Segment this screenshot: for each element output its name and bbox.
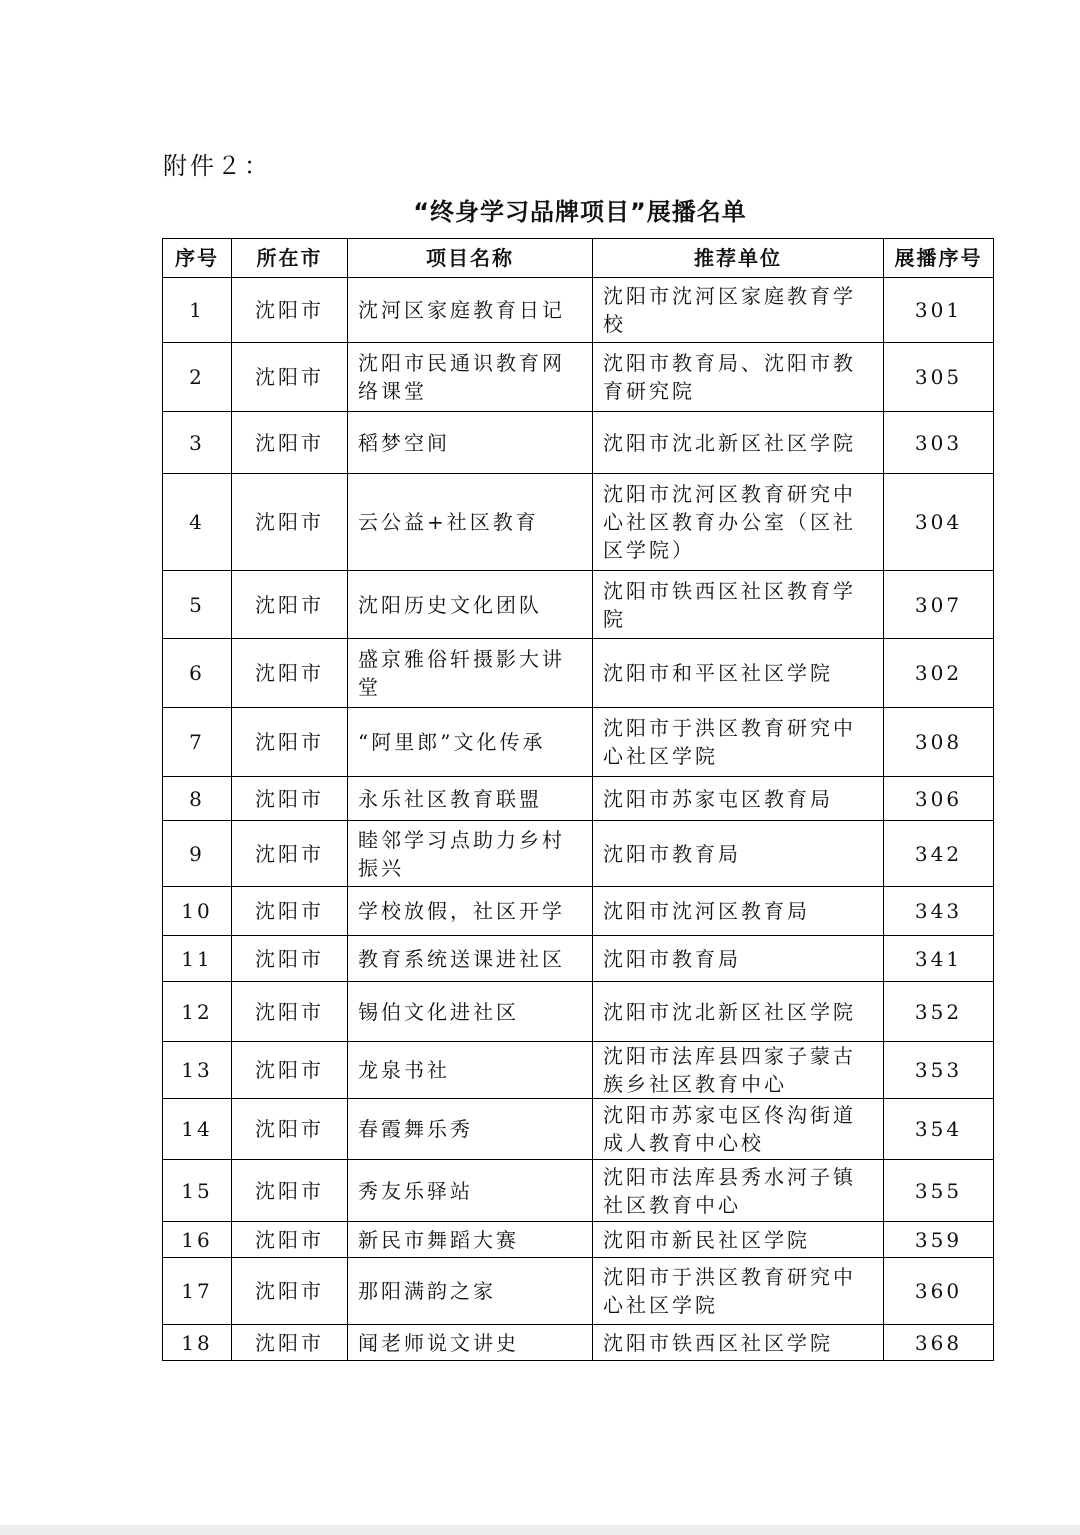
row-city: 沈阳市 [232,571,348,639]
row-broadcast-order: 303 [884,412,994,474]
header-recommending-unit: 推荐单位 [593,239,884,278]
row-project-name: 闻老师说文讲史 [348,1325,593,1361]
row-project-name: 沈阳市民通识教育网络课堂 [348,343,593,412]
row-broadcast-order: 359 [884,1222,994,1258]
row-project-name: 学校放假，社区开学 [348,887,593,936]
row-city: 沈阳市 [232,278,348,343]
row-project-name: 沈河区家庭教育日记 [348,278,593,343]
row-no: 6 [163,639,232,708]
row-city: 沈阳市 [232,821,348,887]
row-broadcast-order: 304 [884,474,994,571]
row-no: 7 [163,708,232,777]
table-row: 1沈阳市沈河区家庭教育日记沈阳市沈河区家庭教育学校301 [163,278,994,343]
table-row: 16沈阳市新民市舞蹈大赛沈阳市新民社区学院359 [163,1222,994,1258]
row-broadcast-order: 354 [884,1099,994,1160]
table-row: 10沈阳市学校放假，社区开学沈阳市沈河区教育局343 [163,887,994,936]
table-row: 7沈阳市“阿里郎”文化传承沈阳市于洪区教育研究中心社区学院308 [163,708,994,777]
row-city: 沈阳市 [232,708,348,777]
row-city: 沈阳市 [232,982,348,1042]
table-row: 15沈阳市秀友乐驿站沈阳市法库县秀水河子镇社区教育中心355 [163,1160,994,1222]
row-broadcast-order: 343 [884,887,994,936]
row-city: 沈阳市 [232,412,348,474]
table-row: 5沈阳市沈阳历史文化团队沈阳市铁西区社区教育学院307 [163,571,994,639]
row-broadcast-order: 305 [884,343,994,412]
row-no: 14 [163,1099,232,1160]
row-no: 2 [163,343,232,412]
table-row: 4沈阳市云公益+社区教育沈阳市沈河区教育研究中心社区教育办公室（区社区学院）30… [163,474,994,571]
row-recommending-unit: 沈阳市铁西区社区学院 [593,1325,884,1361]
row-recommending-unit: 沈阳市苏家屯区佟沟街道成人教育中心校 [593,1099,884,1160]
row-project-name: 盛京雅俗轩摄影大讲堂 [348,639,593,708]
table-row: 12沈阳市锡伯文化进社区沈阳市沈北新区社区学院352 [163,982,994,1042]
row-broadcast-order: 307 [884,571,994,639]
row-project-name: 教育系统送课进社区 [348,936,593,982]
row-project-name: 那阳满韵之家 [348,1258,593,1325]
row-no: 4 [163,474,232,571]
row-recommending-unit: 沈阳市于洪区教育研究中心社区学院 [593,708,884,777]
header-broadcast-order: 展播序号 [884,239,994,278]
row-no: 3 [163,412,232,474]
row-recommending-unit: 沈阳市苏家屯区教育局 [593,777,884,821]
row-project-name: 睦邻学习点助力乡村振兴 [348,821,593,887]
row-broadcast-order: 360 [884,1258,994,1325]
row-no: 1 [163,278,232,343]
row-no: 18 [163,1325,232,1361]
row-broadcast-order: 308 [884,708,994,777]
row-city: 沈阳市 [232,1099,348,1160]
table-row: 3沈阳市稻梦空间沈阳市沈北新区社区学院303 [163,412,994,474]
row-recommending-unit: 沈阳市新民社区学院 [593,1222,884,1258]
row-no: 8 [163,777,232,821]
attachment-label: 附件２： [163,146,271,181]
row-recommending-unit: 沈阳市沈北新区社区学院 [593,412,884,474]
row-recommending-unit: 沈阳市法库县秀水河子镇社区教育中心 [593,1160,884,1222]
row-no: 10 [163,887,232,936]
row-recommending-unit: 沈阳市教育局 [593,936,884,982]
row-no: 17 [163,1258,232,1325]
row-recommending-unit: 沈阳市法库县四家子蒙古族乡社区教育中心 [593,1042,884,1099]
row-recommending-unit: 沈阳市教育局 [593,821,884,887]
row-recommending-unit: 沈阳市于洪区教育研究中心社区学院 [593,1258,884,1325]
row-city: 沈阳市 [232,474,348,571]
row-city: 沈阳市 [232,777,348,821]
row-recommending-unit: 沈阳市沈河区教育局 [593,887,884,936]
row-project-name: 秀友乐驿站 [348,1160,593,1222]
row-no: 15 [163,1160,232,1222]
row-broadcast-order: 342 [884,821,994,887]
row-project-name: 云公益+社区教育 [348,474,593,571]
row-project-name: 新民市舞蹈大赛 [348,1222,593,1258]
row-project-name: 春霞舞乐秀 [348,1099,593,1160]
row-recommending-unit: 沈阳市沈河区家庭教育学校 [593,278,884,343]
row-city: 沈阳市 [232,1258,348,1325]
row-project-name: 稻梦空间 [348,412,593,474]
project-list-table: 序号 所在市 项目名称 推荐单位 展播序号 1沈阳市沈河区家庭教育日记沈阳市沈河… [162,238,994,1361]
row-city: 沈阳市 [232,887,348,936]
row-broadcast-order: 352 [884,982,994,1042]
table-header-row: 序号 所在市 项目名称 推荐单位 展播序号 [163,239,994,278]
row-project-name: “阿里郎”文化传承 [348,708,593,777]
row-broadcast-order: 355 [884,1160,994,1222]
table-row: 11沈阳市教育系统送课进社区沈阳市教育局341 [163,936,994,982]
row-broadcast-order: 353 [884,1042,994,1099]
row-city: 沈阳市 [232,936,348,982]
row-city: 沈阳市 [232,1160,348,1222]
table-row: 13沈阳市龙泉书社沈阳市法库县四家子蒙古族乡社区教育中心353 [163,1042,994,1099]
row-city: 沈阳市 [232,1042,348,1099]
row-recommending-unit: 沈阳市教育局、沈阳市教育研究院 [593,343,884,412]
row-no: 9 [163,821,232,887]
row-city: 沈阳市 [232,1222,348,1258]
row-recommending-unit: 沈阳市沈北新区社区学院 [593,982,884,1042]
row-broadcast-order: 368 [884,1325,994,1361]
row-recommending-unit: 沈阳市沈河区教育研究中心社区教育办公室（区社区学院） [593,474,884,571]
row-broadcast-order: 306 [884,777,994,821]
header-city: 所在市 [232,239,348,278]
table-row: 18沈阳市闻老师说文讲史沈阳市铁西区社区学院368 [163,1325,994,1361]
table-row: 9沈阳市睦邻学习点助力乡村振兴沈阳市教育局342 [163,821,994,887]
row-recommending-unit: 沈阳市铁西区社区教育学院 [593,571,884,639]
row-project-name: 锡伯文化进社区 [348,982,593,1042]
row-no: 13 [163,1042,232,1099]
row-recommending-unit: 沈阳市和平区社区学院 [593,639,884,708]
row-project-name: 龙泉书社 [348,1042,593,1099]
row-no: 5 [163,571,232,639]
header-no: 序号 [163,239,232,278]
row-no: 11 [163,936,232,982]
header-project-name: 项目名称 [348,239,593,278]
row-city: 沈阳市 [232,343,348,412]
row-no: 12 [163,982,232,1042]
table-row: 14沈阳市春霞舞乐秀沈阳市苏家屯区佟沟街道成人教育中心校354 [163,1099,994,1160]
row-city: 沈阳市 [232,1325,348,1361]
row-broadcast-order: 301 [884,278,994,343]
row-project-name: 沈阳历史文化团队 [348,571,593,639]
row-no: 16 [163,1222,232,1258]
table-row: 17沈阳市那阳满韵之家沈阳市于洪区教育研究中心社区学院360 [163,1258,994,1325]
row-city: 沈阳市 [232,639,348,708]
bottom-edge-strip [0,1525,1080,1535]
table-row: 2沈阳市沈阳市民通识教育网络课堂沈阳市教育局、沈阳市教育研究院305 [163,343,994,412]
table-row: 8沈阳市永乐社区教育联盟沈阳市苏家屯区教育局306 [163,777,994,821]
table-row: 6沈阳市盛京雅俗轩摄影大讲堂沈阳市和平区社区学院302 [163,639,994,708]
row-broadcast-order: 341 [884,936,994,982]
row-broadcast-order: 302 [884,639,994,708]
row-project-name: 永乐社区教育联盟 [348,777,593,821]
document-title: “终身学习品牌项目”展播名单 [0,192,1080,227]
